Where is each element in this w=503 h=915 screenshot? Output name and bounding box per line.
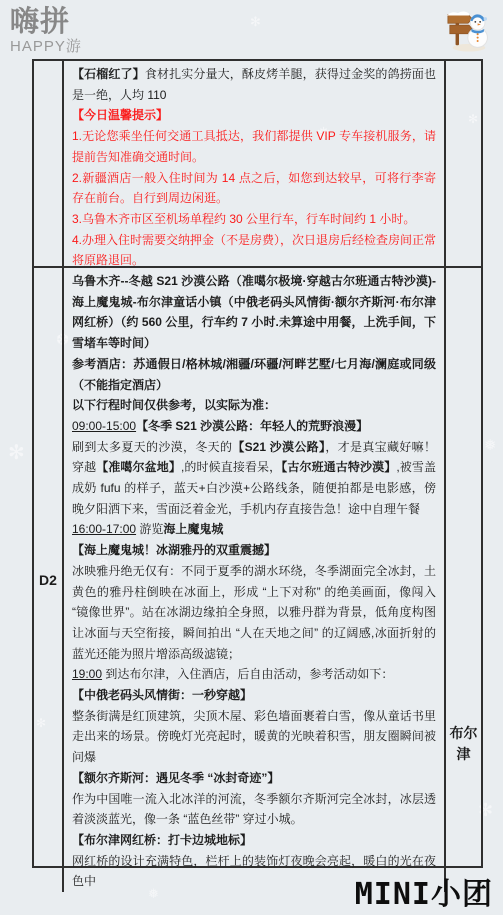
itinerary-paragraph: 09:00-15:00【冬季 S21 沙漠公路：年轻人的荒野浪漫】 [72, 416, 436, 437]
brand-logo-title: 嗨拼 [10, 8, 82, 37]
itinerary-paragraph: 3.乌鲁木齐市区至机场单程约 30 公里行车，行车时间约 1 小时。 [72, 209, 436, 230]
itinerary-paragraph: 刷到太多夏天的沙漠，冬天的【S21 沙漠公路】，才是真宝藏好嘛！穿越【准噶尔盆地… [72, 437, 436, 520]
brand-logo: 嗨拼 HAPPY游 [10, 8, 82, 54]
destination-cell-empty [444, 61, 481, 266]
itinerary-paragraph: 19:00 到达布尔津，入住酒店，后自由活动，参考活动如下： [72, 664, 436, 685]
itinerary-paragraph: 整条街满是红顶建筑，尖顶木屋、彩色墙面裹着白雪，像从童话书里走出来的场景。傍晚灯… [72, 706, 436, 768]
itinerary-paragraph: 【今日温馨提示】 [72, 105, 436, 126]
itinerary-paragraph: 4.办理入住时需要交纳押金（不是房费），次日退房后经检查房间正常将原路退回。 [72, 230, 436, 266]
itinerary-paragraph: 乌鲁木齐--冬越 S21 沙漠公路（准噶尔极境·穿越古尔班通古特沙漠)-海上魔鬼… [72, 271, 436, 354]
itinerary-paragraph: 参考酒店：苏通假日/格林城/湘疆/环疆/河畔艺墅/七月海/澜庭或同级（不能指定酒… [72, 354, 436, 395]
itinerary-paragraph: 冰映雅丹绝无仅有：不同于夏季的湖水环绕，冬季湖面完全冰封，土黄色的雅丹柱倒映在冰… [72, 561, 436, 665]
itinerary-paragraph: 以下行程时间仅供参考，以实际为准： [72, 395, 436, 416]
itinerary-paragraph: 16:00-17:00 游览海上魔鬼城 [72, 519, 436, 540]
itinerary-paragraph: 【中俄老码头风情街：一秒穿越】 [72, 685, 436, 706]
snowflake-icon: ✻ [250, 14, 261, 30]
footer-brand: MINI小团 [355, 869, 493, 913]
day-cell-empty [34, 61, 64, 266]
day-cell-d2: D2 [34, 268, 64, 892]
itinerary-paragraph: 作为中国唯一流入北冰洋的河流，冬季额尔齐斯河完全冰封，冰层透着淡淡蓝光，像一条 … [72, 789, 436, 830]
brand-logo-subtitle: HAPPY游 [10, 39, 82, 54]
itinerary-paragraph: 2.新疆酒店一般入住时间为 14 点之后，如您到达较早，可将行李寄存在前台。自行… [72, 168, 436, 209]
itinerary-paragraph: 1.无论您乘坐任何交通工具抵达，我们都提供 VIP 专车接机服务，请提前告知准确… [72, 126, 436, 167]
itinerary-paragraph: 【海上魔鬼城！冰湖雅丹的双重震撼】 [72, 540, 436, 561]
itinerary-paragraph: 【布尔津网红桥：打卡边城地标】 [72, 830, 436, 851]
table-row-previous-day-continued: 【石榴红了】食材扎实分量大，酥皮烤羊腿，获得过金奖的鸽捞面也是一绝，人均 110… [34, 61, 481, 268]
itinerary-content-cell-d2: 乌鲁木齐--冬越 S21 沙漠公路（准噶尔极境·穿越古尔班通古特沙漠)-海上魔鬼… [64, 268, 444, 892]
itinerary-content-cell: 【石榴红了】食材扎实分量大，酥皮烤羊腿，获得过金奖的鸽捞面也是一绝，人均 110… [64, 61, 444, 266]
itinerary-paragraph: 【额尔齐斯河：遇见冬季 “冰封奇迹”】 [72, 768, 436, 789]
snowflake-icon: ❅ [484, 436, 497, 454]
destination-cell-burqin: 布尔津 [444, 268, 481, 892]
itinerary-paragraph: 【石榴红了】食材扎实分量大，酥皮烤羊腿，获得过金奖的鸽捞面也是一绝，人均 110 [72, 64, 436, 105]
table-row-day2: D2 乌鲁木齐--冬越 S21 沙漠公路（准噶尔极境·穿越古尔班通古特沙漠)-海… [34, 268, 481, 892]
itinerary-table: 【石榴红了】食材扎实分量大，酥皮烤羊腿，获得过金奖的鸽捞面也是一绝，人均 110… [32, 59, 483, 868]
snowflake-icon: ✻ [8, 440, 25, 465]
snowman-signpost-icon [445, 3, 493, 58]
